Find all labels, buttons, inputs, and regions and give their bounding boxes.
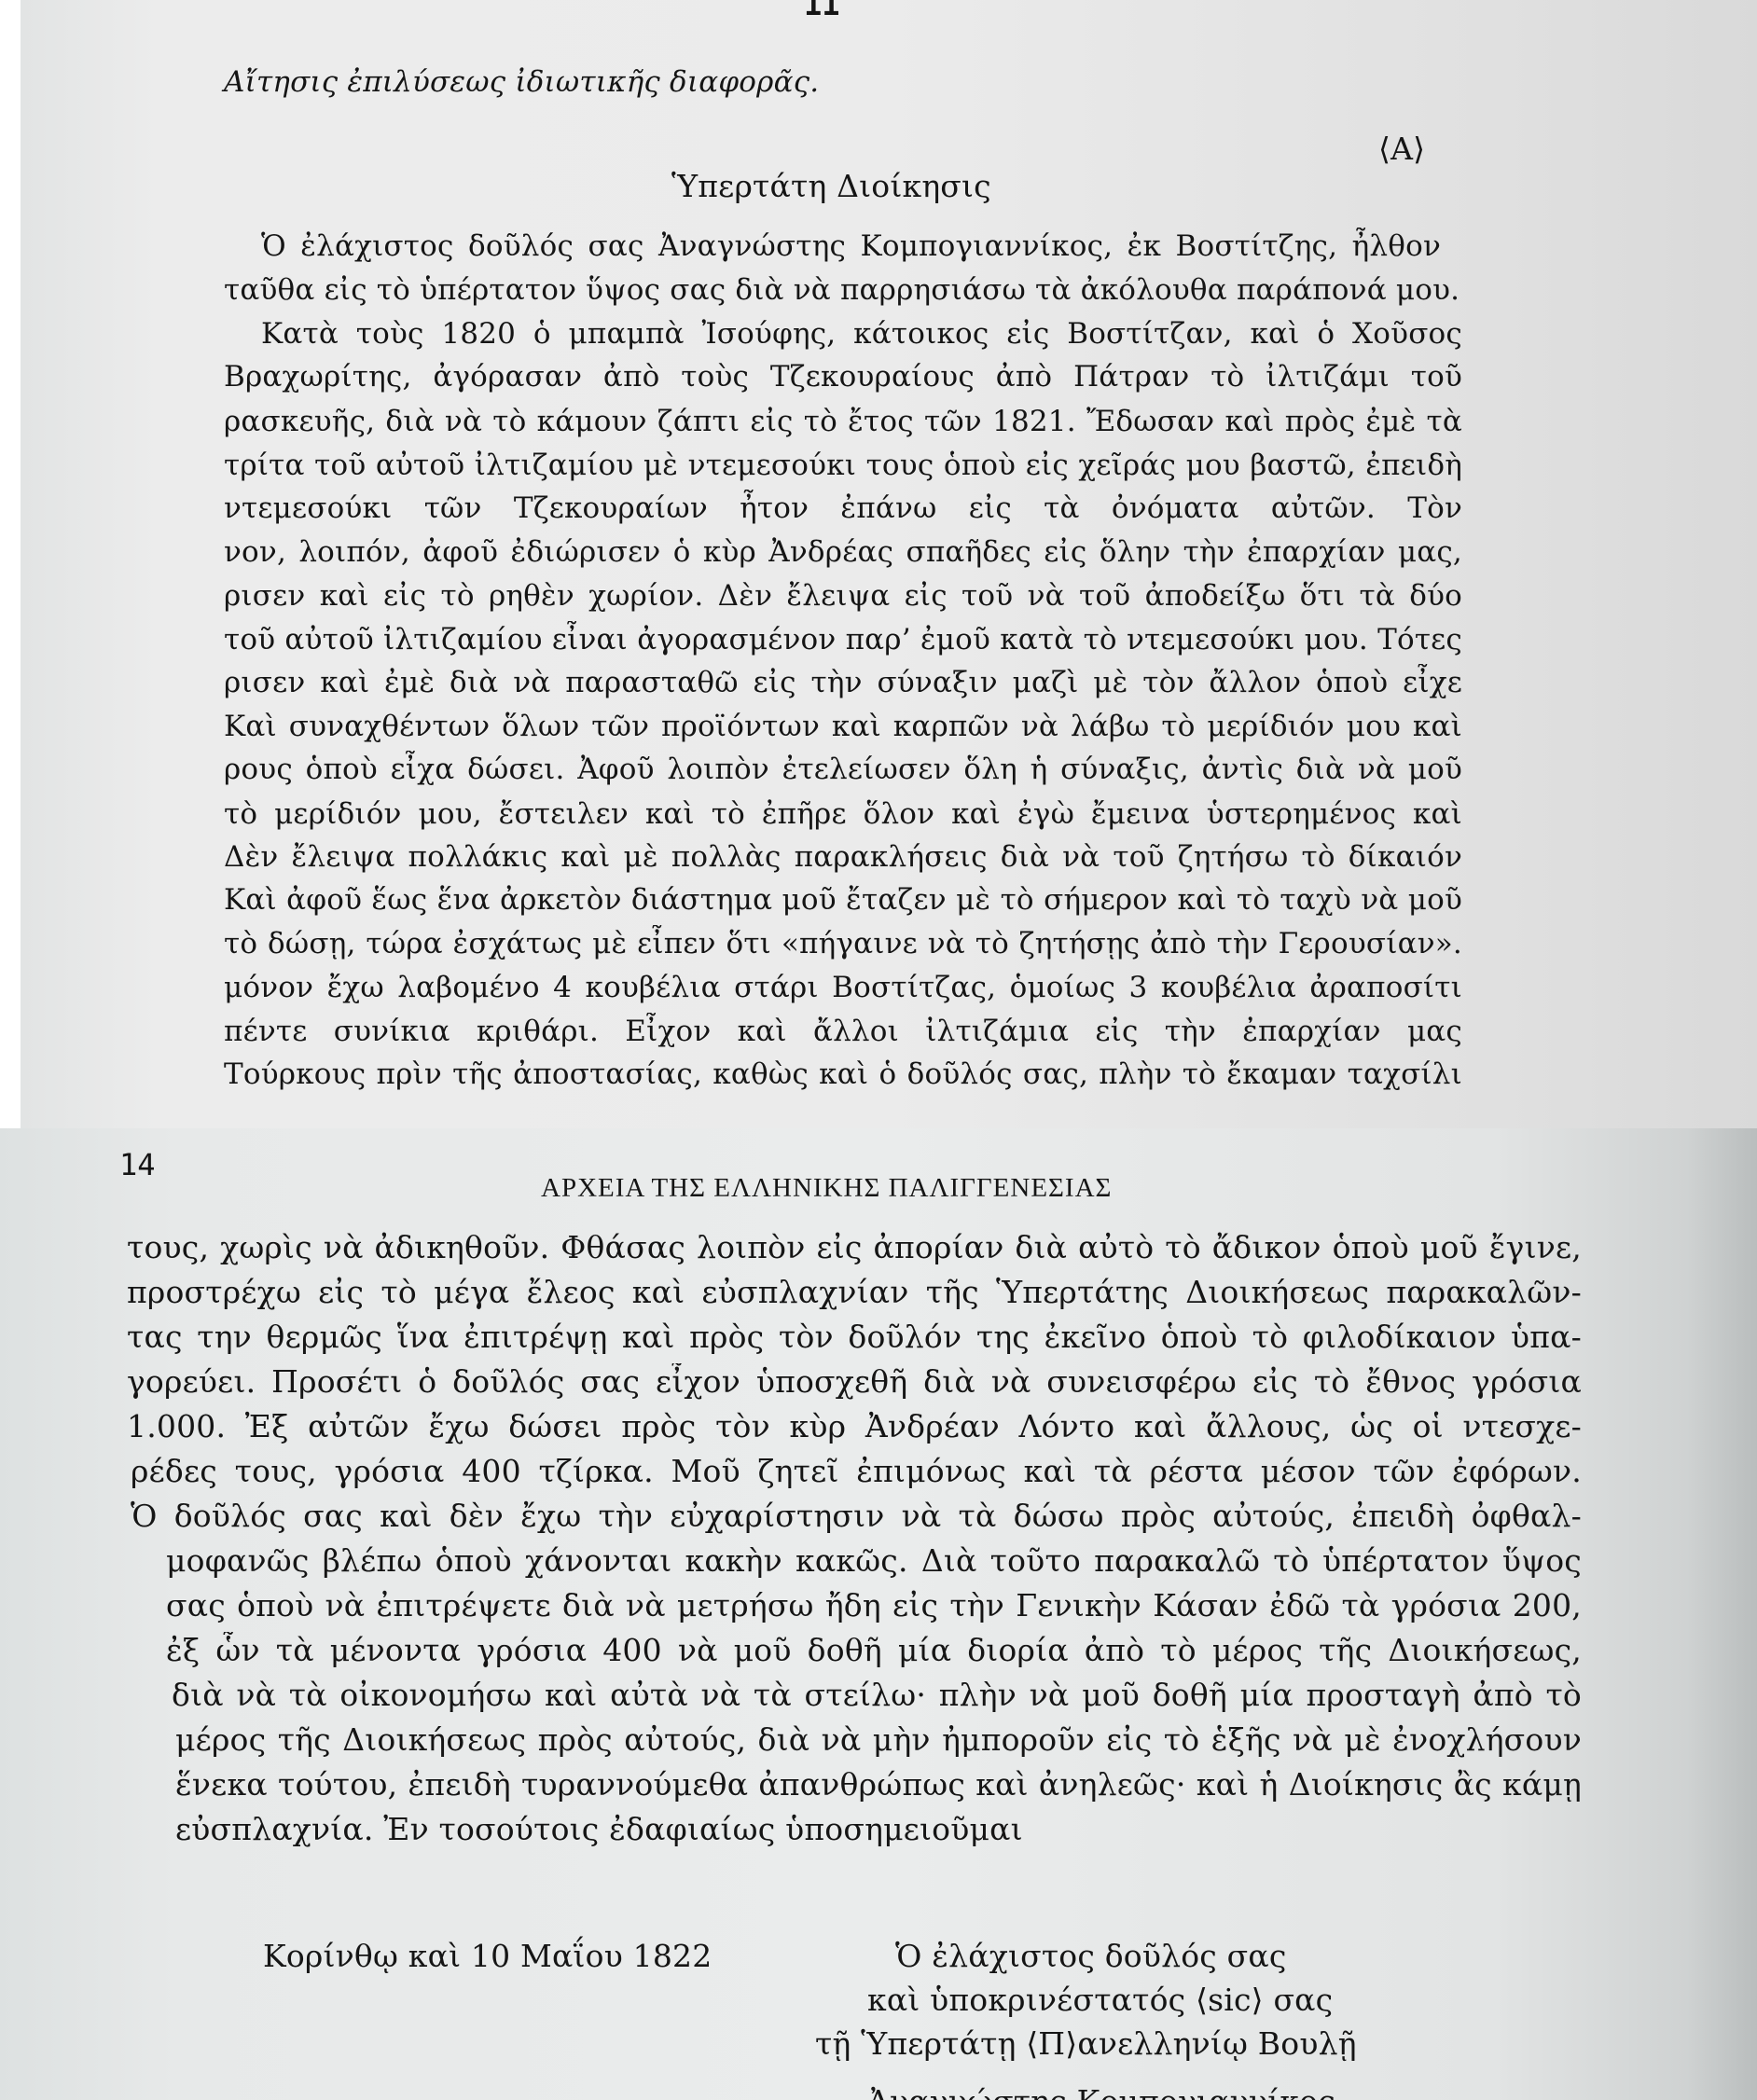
addressee-heading: Ὑπερτάτη Διοίκησις [671,168,991,205]
body-line: ρασκευῆς, διὰ νὰ τὸ κάμουν ζάπτι εἰς τὸ … [224,403,1462,440]
body-line: τρίτα τοῦ αὐτοῦ ἰλτιζαμίου μὲ ντεμεσούκι… [224,447,1462,484]
body-line: τους, χωρὶς νὰ ἀδικηθοῦν. Φθάσας λοιπὸν … [127,1229,1582,1266]
page-number-bottom: 14 [119,1147,156,1182]
body-line: ταῦθα εἰς τὸ ὑπέρτατον ὕψος σας διὰ νὰ π… [224,271,1460,309]
body-line: τὸ δώσῃ, τώρα ἐσχάτως μὲ εἶπεν ὅτι «πήγα… [224,925,1462,962]
body-line: Ὁ δοῦλός σας καὶ δὲν ἔχω τὴν εὐχαρίστησι… [131,1498,1582,1535]
running-head: ΑΡΧΕΙΑ ΤΗΣ ΕΛΛΗΝΙΚΗΣ ΠΑΛΙΓΓΕΝΕΣΙΑΣ [541,1173,1112,1204]
body-line: Κατὰ τοὺς 1820 ὁ μπαμπὰ Ἰσούφης, κάτοικο… [261,315,1462,352]
top-page-scan: 11 Αἴτησις ἐπιλύσεως ἰδιωτικῆς διαφορᾶς.… [21,0,1757,1128]
signature-name-clipped: Ἀναγνώστης Κομπογιαννίκος [867,2083,1335,2100]
body-line: ρέδες τους, γρόσια 400 τζίρκα. Μοῦ ζητεῖ… [131,1453,1582,1490]
body-line: πέντε συνίκια κριθάρι. Εἶχον καὶ ἄλλοι ἰ… [224,1013,1462,1050]
document-title: Αἴτησις ἐπιλύσεως ἰδιωτικῆς διαφορᾶς. [224,63,819,101]
body-line: τὸ μερίδιόν μου, ἔστειλεν καὶ τὸ ἐπῆρε ὅ… [224,795,1462,833]
section-marker: ⟨Α⟩ [1378,131,1425,168]
body-line: μέρος τῆς Διοικήσεως πρὸς αὐτούς, διὰ νὰ… [175,1721,1582,1759]
body-line: Βραχωρίτης, ἀγόρασαν ἀπὸ τοὺς Τζεκουραίο… [224,358,1462,395]
body-line: Καὶ συναχθέντων ὅλων τῶν προϊόντων καὶ κ… [224,708,1462,745]
bottom-page-scan: 14 ΑΡΧΕΙΑ ΤΗΣ ΕΛΛΗΝΙΚΗΣ ΠΑΛΙΓΓΕΝΕΣΙΑΣ το… [0,1128,1757,2100]
body-line: προστρέχω εἰς τὸ μέγα ἔλεος καὶ εὐσπλαχν… [127,1274,1582,1311]
body-line: εὐσπλαχνία. Ἐν τοσούτοις ἐδαφιαίως ὑποση… [175,1811,1023,1848]
body-line: 1.000. Ἐξ αὐτῶν ἔχω δώσει πρὸς τὸν κὺρ Ἀ… [127,1408,1582,1445]
body-line: μόνον ἔχω λαβομένο 4 κουβέλια στάρι Βοστ… [224,969,1462,1006]
body-line: ντεμεσούκι τῶν Τζεκουραίων ἦτον ἐπάνω εἰ… [224,490,1462,527]
body-line: Δὲν ἔλειψα πολλάκις καὶ μὲ πολλὰς παρακλ… [224,838,1462,876]
body-line: ἐξ ὧν τὰ μένοντα γρόσια 400 νὰ μοῦ δοθῆ … [166,1632,1582,1669]
page-number-top: 11 [804,0,840,22]
body-line: νον, λοιπόν, ἀφοῦ ἐδιώρισεν ὁ κὺρ Ἀνδρέα… [224,533,1462,571]
body-line: Ὁ ἐλάχιστος δοῦλός σας Ἀναγνώστης Κομπογ… [261,228,1441,265]
body-line: σας ὁποὺ νὰ ἐπιτρέψετε διὰ νὰ μετρήσω ἤδ… [166,1587,1582,1624]
body-line: ρισεν καὶ εἰς τὸ ρηθὲν χωρίον. Δὲν ἔλειψ… [224,577,1462,615]
body-line: γορεύει. Προσέτι ὁ δοῦλός σας εἶχον ὑποσ… [127,1363,1582,1401]
signature-line: Ὁ ἐλάχιστος δοῦλός σας [895,1938,1287,1975]
body-line: Τούρκους πρὶν τῆς ἀποστασίας, καθὼς καὶ … [224,1056,1462,1093]
body-line: ἕνεκα τούτου, ἐπειδὴ τυραννούμεθα ἀπανθρ… [175,1766,1582,1803]
signature-line: καὶ ὑποκρινέστατός ⟨sic⟩ σας [867,1982,1333,2019]
body-line: τοῦ αὐτοῦ ἰλτιζαμίου εἶναι ἀγορασμένον π… [224,621,1462,658]
body-line: ρους ὁποὺ εἶχα δώσει. Ἀφοῦ λοιπὸν ἐτελεί… [224,751,1462,788]
place-date: Κορίνθῳ καὶ 10 Μαΐου 1822 [263,1938,712,1975]
body-line: Καὶ ἀφοῦ ἕως ἕνα ἀρκετὸν διάστημα μοῦ ἔτ… [224,881,1462,919]
signature-line: τῇ Ὑπερτάτῃ ⟨Π⟩ανελληνίῳ Βουλῇ [815,2025,1357,2063]
body-line: ρισεν καὶ ἐμὲ διὰ νὰ παρασταθῶ εἰς τὴν σ… [224,664,1462,701]
body-line: τας την θερμῶς ἵνα ἐπιτρέψῃ καὶ πρὸς τὸν… [127,1319,1582,1356]
body-line: μοφανῶς βλέπω ὁποὺ χάνονται κακὴν κακῶς.… [166,1542,1582,1580]
body-line: διὰ νὰ τὰ οἰκονομήσω καὶ αὐτὰ νὰ τὰ στεί… [172,1677,1582,1714]
